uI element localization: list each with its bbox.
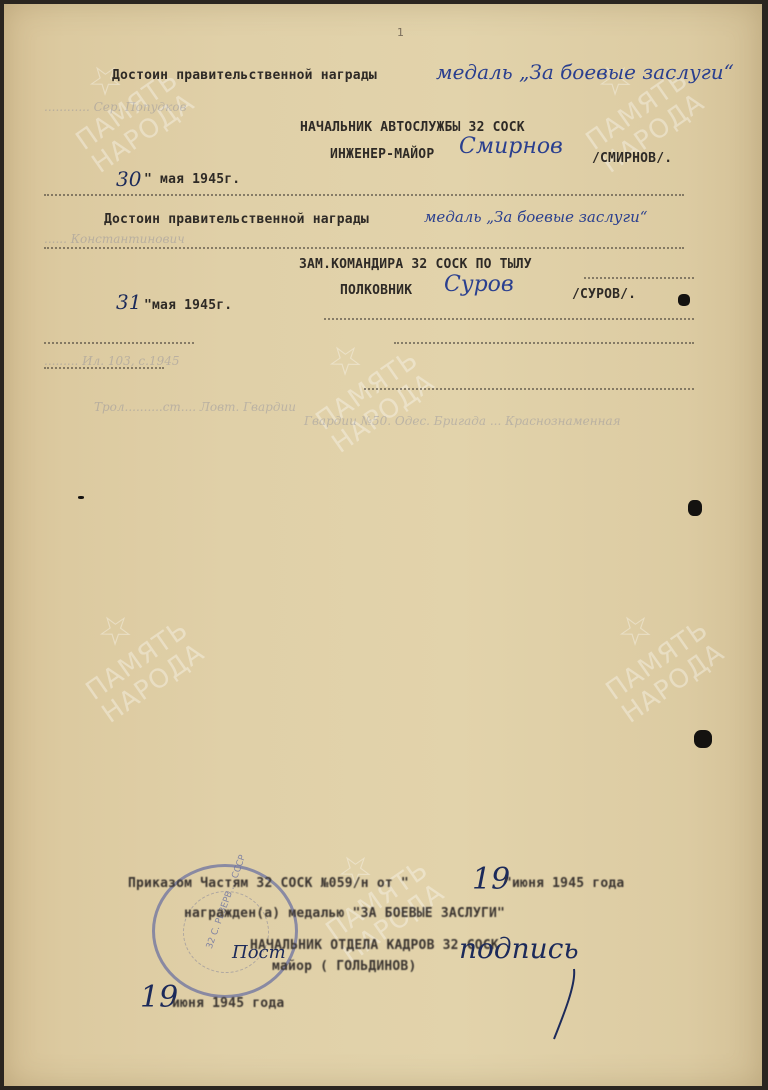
dotted-line xyxy=(44,342,194,344)
dotted-line xyxy=(44,247,684,249)
bleed-through-text: Трол..........ст.... Ловт. Гвардии xyxy=(94,400,296,414)
ink-blot xyxy=(694,730,712,748)
ink-blot xyxy=(678,294,690,306)
order-signature: подпись xyxy=(459,932,579,965)
order-signer-name: майор ( ГОЛЬДИНОВ) xyxy=(272,959,416,974)
award-line-typed: Достоин правительственной награды xyxy=(112,68,377,83)
dotted-line xyxy=(584,277,694,279)
bleed-through-text: Гвардии №50. Одес. Бригада ... Краснозна… xyxy=(304,414,621,428)
watermark: ☆ПАМЯТЬНАРОДА xyxy=(286,309,440,458)
signature: Смирнов xyxy=(459,134,563,159)
date-day: 31 xyxy=(116,290,141,314)
watermark: ☆ПАМЯТЬНАРОДА xyxy=(56,579,210,728)
award-line-typed: Достоин правительственной награды xyxy=(104,212,369,227)
dotted-line xyxy=(364,388,694,390)
signer-position: ЗАМ.КОМАНДИРА 32 СОСК ПО ТЫЛУ xyxy=(299,257,532,272)
signer-rank: ПОЛКОВНИК xyxy=(340,283,412,298)
signer-rank: ИНЖЕНЕР-МАЙОР xyxy=(330,147,434,162)
document-page: 1 ☆ПАМЯТЬНАРОДА ☆ПАМЯТЬНАРОДА ☆ПАМЯТЬНАР… xyxy=(4,4,762,1086)
order-line-1: Приказом Частям 32 СОСК №059/н от " xyxy=(128,876,409,891)
order-line-2: награжден(а) медалью "ЗА БОЕВЫЕ ЗАСЛУГИ" xyxy=(184,906,505,921)
signer-position: НАЧАЛЬНИК АВТОСЛУЖБЫ 32 СОСК xyxy=(300,120,525,135)
bleed-through-text: ............ Сер. Попудков xyxy=(44,100,187,114)
order-date: июня 1945 года xyxy=(172,996,284,1011)
bleed-through-text: ......... Ил. 103, с.1945 xyxy=(44,354,180,368)
dotted-line xyxy=(44,194,684,196)
signature-stroke xyxy=(534,964,594,1044)
signer-name: /СУРОВ/. xyxy=(572,287,636,302)
bleed-through-text: ...... Константинович xyxy=(44,232,185,246)
award-line-handwritten: медаль „За боевые заслуги“ xyxy=(424,208,647,226)
ink-blot xyxy=(688,500,702,516)
watermark: ☆ПАМЯТЬНАРОДА xyxy=(576,579,730,728)
stamp-note: Пост xyxy=(232,942,286,963)
order-line-1-suffix: "июня 1945 года xyxy=(504,876,624,891)
dotted-line xyxy=(394,342,694,344)
date-day: 30 xyxy=(116,167,141,191)
dotted-line xyxy=(44,367,164,369)
ink-speck xyxy=(78,496,84,499)
date: " мая 1945г. xyxy=(144,172,240,187)
date: "мая 1945г. xyxy=(144,298,232,313)
signature: Суров xyxy=(444,272,514,297)
page-number: 1 xyxy=(397,26,404,39)
signer-name: /СМИРНОВ/. xyxy=(592,151,672,166)
dotted-line xyxy=(324,318,694,320)
award-line-handwritten: медаль „За боевые заслуги“ xyxy=(436,60,734,84)
